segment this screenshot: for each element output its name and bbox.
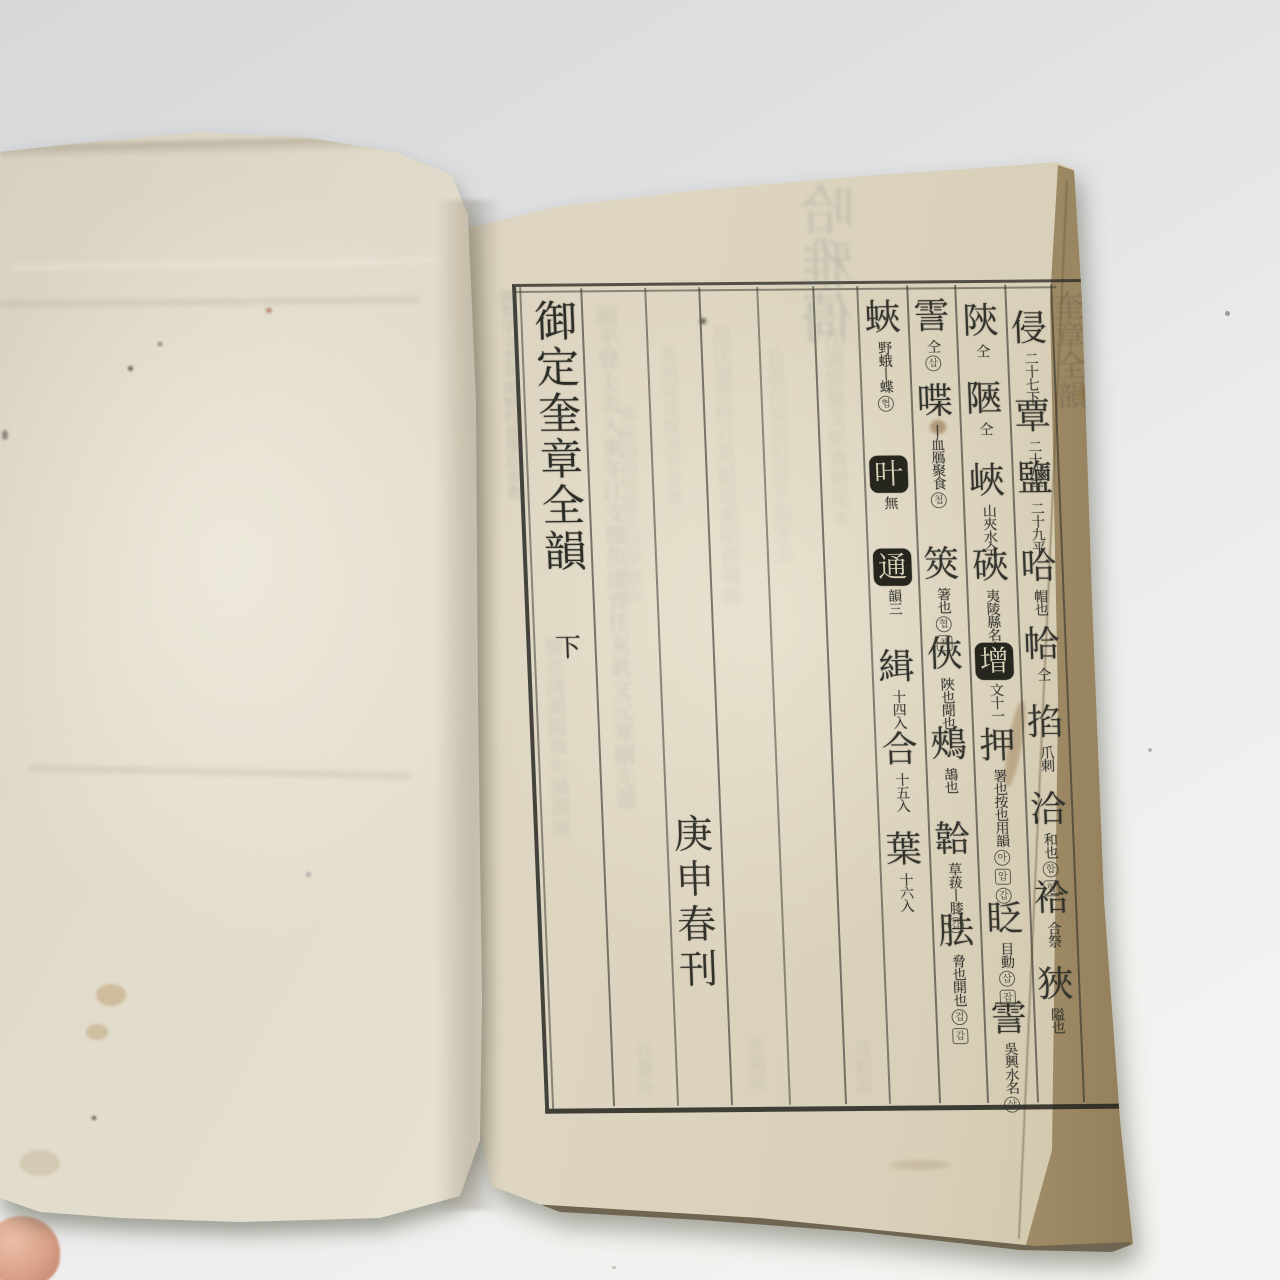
stain	[96, 984, 126, 1006]
paper-crease	[0, 298, 420, 306]
paper-crease	[30, 766, 410, 778]
paper-crease	[10, 258, 440, 270]
blank-page	[0, 0, 1280, 1280]
stain	[266, 308, 272, 313]
page-top-shadow	[0, 134, 455, 159]
stain	[2, 430, 8, 440]
stain	[20, 1150, 60, 1176]
stain	[306, 872, 311, 877]
stain	[92, 1116, 96, 1120]
stain	[128, 366, 133, 371]
photo-scene: 御定奎章全韻 下 庚申春刊 奎章全韻 蛺野蛾丨蝶협叶無通韻三緝十四入合十五入葉十…	[0, 0, 1280, 1280]
stain	[158, 342, 162, 346]
gutter-shadow	[436, 200, 508, 1210]
stain	[86, 1024, 108, 1040]
left-page-wrapper	[0, 0, 1280, 1280]
